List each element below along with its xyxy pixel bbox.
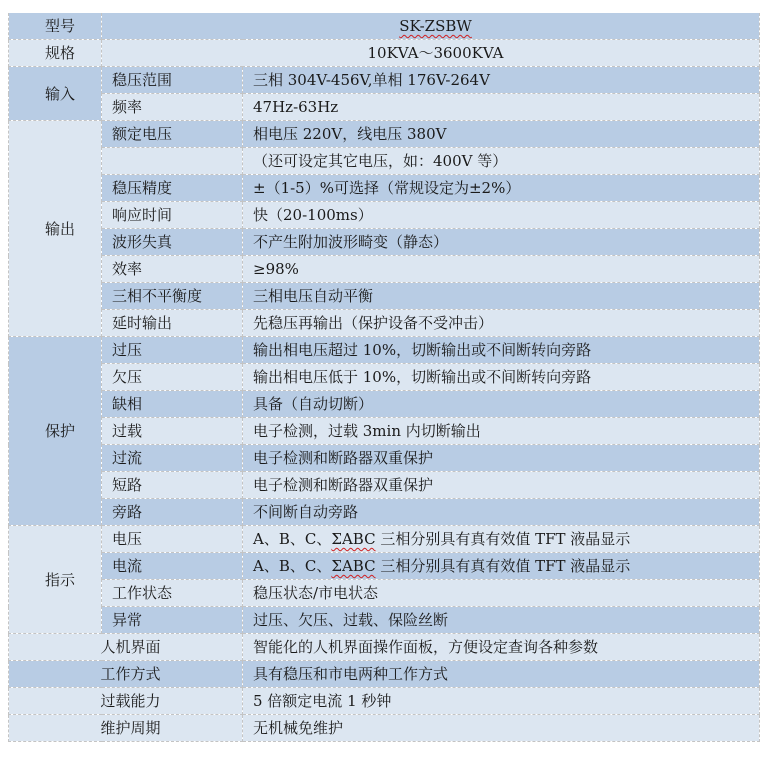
table-row: 异常 过压、欠压、过载、保险丝断 bbox=[9, 607, 760, 634]
row-model: 型号 SK-ZSBW bbox=[9, 13, 760, 40]
row-value: ±（1-5）%可选择（常规设定为±2%） bbox=[243, 175, 760, 202]
row-value: 先稳压再输出（保护设备不受冲击） bbox=[243, 310, 760, 337]
row-value: 具备（自动切断） bbox=[243, 391, 760, 418]
spec-value: 10KVA～3600KVA bbox=[102, 40, 760, 67]
row-value: 快（20-100ms） bbox=[243, 202, 760, 229]
spec-table: 型号 SK-ZSBW 规格 10KVA～3600KVA 输入 稳压范围 三相 3… bbox=[8, 13, 760, 742]
table-row: 电流 A、B、C、ΣABC 三相分别具有真有效值 TFT 液晶显示 bbox=[9, 553, 760, 580]
row-value: 不间断自动旁路 bbox=[243, 499, 760, 526]
table-row: 效率 ≥98% bbox=[9, 256, 760, 283]
row-label: 电流 bbox=[102, 553, 243, 580]
row-label: 工作方式 bbox=[9, 661, 243, 688]
model-value-text: SK-ZSBW bbox=[399, 17, 472, 35]
row-label: 响应时间 bbox=[102, 202, 243, 229]
group-protection-label: 保护 bbox=[9, 337, 102, 526]
row-label: 延时输出 bbox=[102, 310, 243, 337]
row-value: 智能化的人机界面操作面板，方便设定查询各种参数 bbox=[243, 634, 760, 661]
row-value: A、B、C、ΣABC 三相分别具有真有效值 TFT 液晶显示 bbox=[243, 526, 760, 553]
table-row: 工作状态 稳压状态/市电状态 bbox=[9, 580, 760, 607]
table-row: 输入 稳压范围 三相 304V-456V,单相 176V-264V bbox=[9, 67, 760, 94]
row-label: 异常 bbox=[102, 607, 243, 634]
row-label: 工作状态 bbox=[102, 580, 243, 607]
row-value: 具有稳压和市电两种工作方式 bbox=[243, 661, 760, 688]
row-label: 频率 bbox=[102, 94, 243, 121]
row-value: 47Hz-63Hz bbox=[243, 94, 760, 121]
row-label: 电压 bbox=[102, 526, 243, 553]
table-row: 过流 电子检测和断路器双重保护 bbox=[9, 445, 760, 472]
table-row: 频率 47Hz-63Hz bbox=[9, 94, 760, 121]
table-row: 保护 过压 输出相电压超过 10%，切断输出或不间断转向旁路 bbox=[9, 337, 760, 364]
table-row: 输出 额定电压 相电压 220V，线电压 380V bbox=[9, 121, 760, 148]
row-label: 维护周期 bbox=[9, 715, 243, 742]
model-value: SK-ZSBW bbox=[102, 13, 760, 40]
table-row: （还可设定其它电压，如：400V 等） bbox=[9, 148, 760, 175]
row-value-prefix: A、B、C、 bbox=[253, 557, 331, 575]
row-value: 三相 304V-456V,单相 176V-264V bbox=[243, 67, 760, 94]
table-row: 稳压精度 ±（1-5）%可选择（常规设定为±2%） bbox=[9, 175, 760, 202]
table-row: 旁路 不间断自动旁路 bbox=[9, 499, 760, 526]
row-label: 人机界面 bbox=[9, 634, 243, 661]
row-label: 稳压精度 bbox=[102, 175, 243, 202]
row-label: 缺相 bbox=[102, 391, 243, 418]
row-label: 波形失真 bbox=[102, 229, 243, 256]
row-value: 无机械免维护 bbox=[243, 715, 760, 742]
table-row: 欠压 输出相电压低于 10%，切断输出或不间断转向旁路 bbox=[9, 364, 760, 391]
table-row: 波形失真 不产生附加波形畸变（静态） bbox=[9, 229, 760, 256]
row-label: 效率 bbox=[102, 256, 243, 283]
row-value: A、B、C、ΣABC 三相分别具有真有效值 TFT 液晶显示 bbox=[243, 553, 760, 580]
row-value: 过压、欠压、过载、保险丝断 bbox=[243, 607, 760, 634]
table-row: 指示 电压 A、B、C、ΣABC 三相分别具有真有效值 TFT 液晶显示 bbox=[9, 526, 760, 553]
row-value: 输出相电压超过 10%，切断输出或不间断转向旁路 bbox=[243, 337, 760, 364]
table-row: 短路 电子检测和断路器双重保护 bbox=[9, 472, 760, 499]
row-label: 额定电压 bbox=[102, 121, 243, 148]
row-value: 输出相电压低于 10%，切断输出或不间断转向旁路 bbox=[243, 364, 760, 391]
row-label: 三相不平衡度 bbox=[102, 283, 243, 310]
spellcheck-marked-text: ΣABC bbox=[331, 557, 375, 575]
table-row: 工作方式 具有稳压和市电两种工作方式 bbox=[9, 661, 760, 688]
row-value-prefix: A、B、C、 bbox=[253, 530, 331, 548]
row-label: 稳压范围 bbox=[102, 67, 243, 94]
row-label: 欠压 bbox=[102, 364, 243, 391]
row-value: 相电压 220V，线电压 380V bbox=[243, 121, 760, 148]
group-input-label: 输入 bbox=[9, 67, 102, 121]
table-row: 过载能力 5 倍额定电流 1 秒钟 bbox=[9, 688, 760, 715]
table-row: 人机界面 智能化的人机界面操作面板，方便设定查询各种参数 bbox=[9, 634, 760, 661]
row-value: 稳压状态/市电状态 bbox=[243, 580, 760, 607]
row-spec: 规格 10KVA～3600KVA bbox=[9, 40, 760, 67]
row-label: 过载 bbox=[102, 418, 243, 445]
row-value: 电子检测，过载 3min 内切断输出 bbox=[243, 418, 760, 445]
table-row: 三相不平衡度 三相电压自动平衡 bbox=[9, 283, 760, 310]
row-value: 5 倍额定电流 1 秒钟 bbox=[243, 688, 760, 715]
table-row: 维护周期 无机械免维护 bbox=[9, 715, 760, 742]
row-value: 电子检测和断路器双重保护 bbox=[243, 472, 760, 499]
row-label: 过流 bbox=[102, 445, 243, 472]
row-value: 三相电压自动平衡 bbox=[243, 283, 760, 310]
table-row: 响应时间 快（20-100ms） bbox=[9, 202, 760, 229]
row-value-text: 三相分别具有真有效值 TFT 液晶显示 bbox=[380, 557, 630, 575]
row-value: ≥98% bbox=[243, 256, 760, 283]
table-row: 过载 电子检测，过载 3min 内切断输出 bbox=[9, 418, 760, 445]
model-label: 型号 bbox=[9, 13, 102, 40]
row-value: （还可设定其它电压，如：400V 等） bbox=[243, 148, 760, 175]
row-value: 电子检测和断路器双重保护 bbox=[243, 445, 760, 472]
row-label: 过压 bbox=[102, 337, 243, 364]
table-row: 缺相 具备（自动切断） bbox=[9, 391, 760, 418]
row-label: 短路 bbox=[102, 472, 243, 499]
spellcheck-marked-text: ΣABC bbox=[331, 530, 375, 548]
table-row: 延时输出 先稳压再输出（保护设备不受冲击） bbox=[9, 310, 760, 337]
group-indication-label: 指示 bbox=[9, 526, 102, 634]
spec-label: 规格 bbox=[9, 40, 102, 67]
group-output-label: 输出 bbox=[9, 121, 102, 337]
row-value-text: 三相分别具有真有效值 TFT 液晶显示 bbox=[380, 530, 630, 548]
row-label: 旁路 bbox=[102, 499, 243, 526]
row-label bbox=[102, 148, 243, 175]
row-value: 不产生附加波形畸变（静态） bbox=[243, 229, 760, 256]
row-label: 过载能力 bbox=[9, 688, 243, 715]
